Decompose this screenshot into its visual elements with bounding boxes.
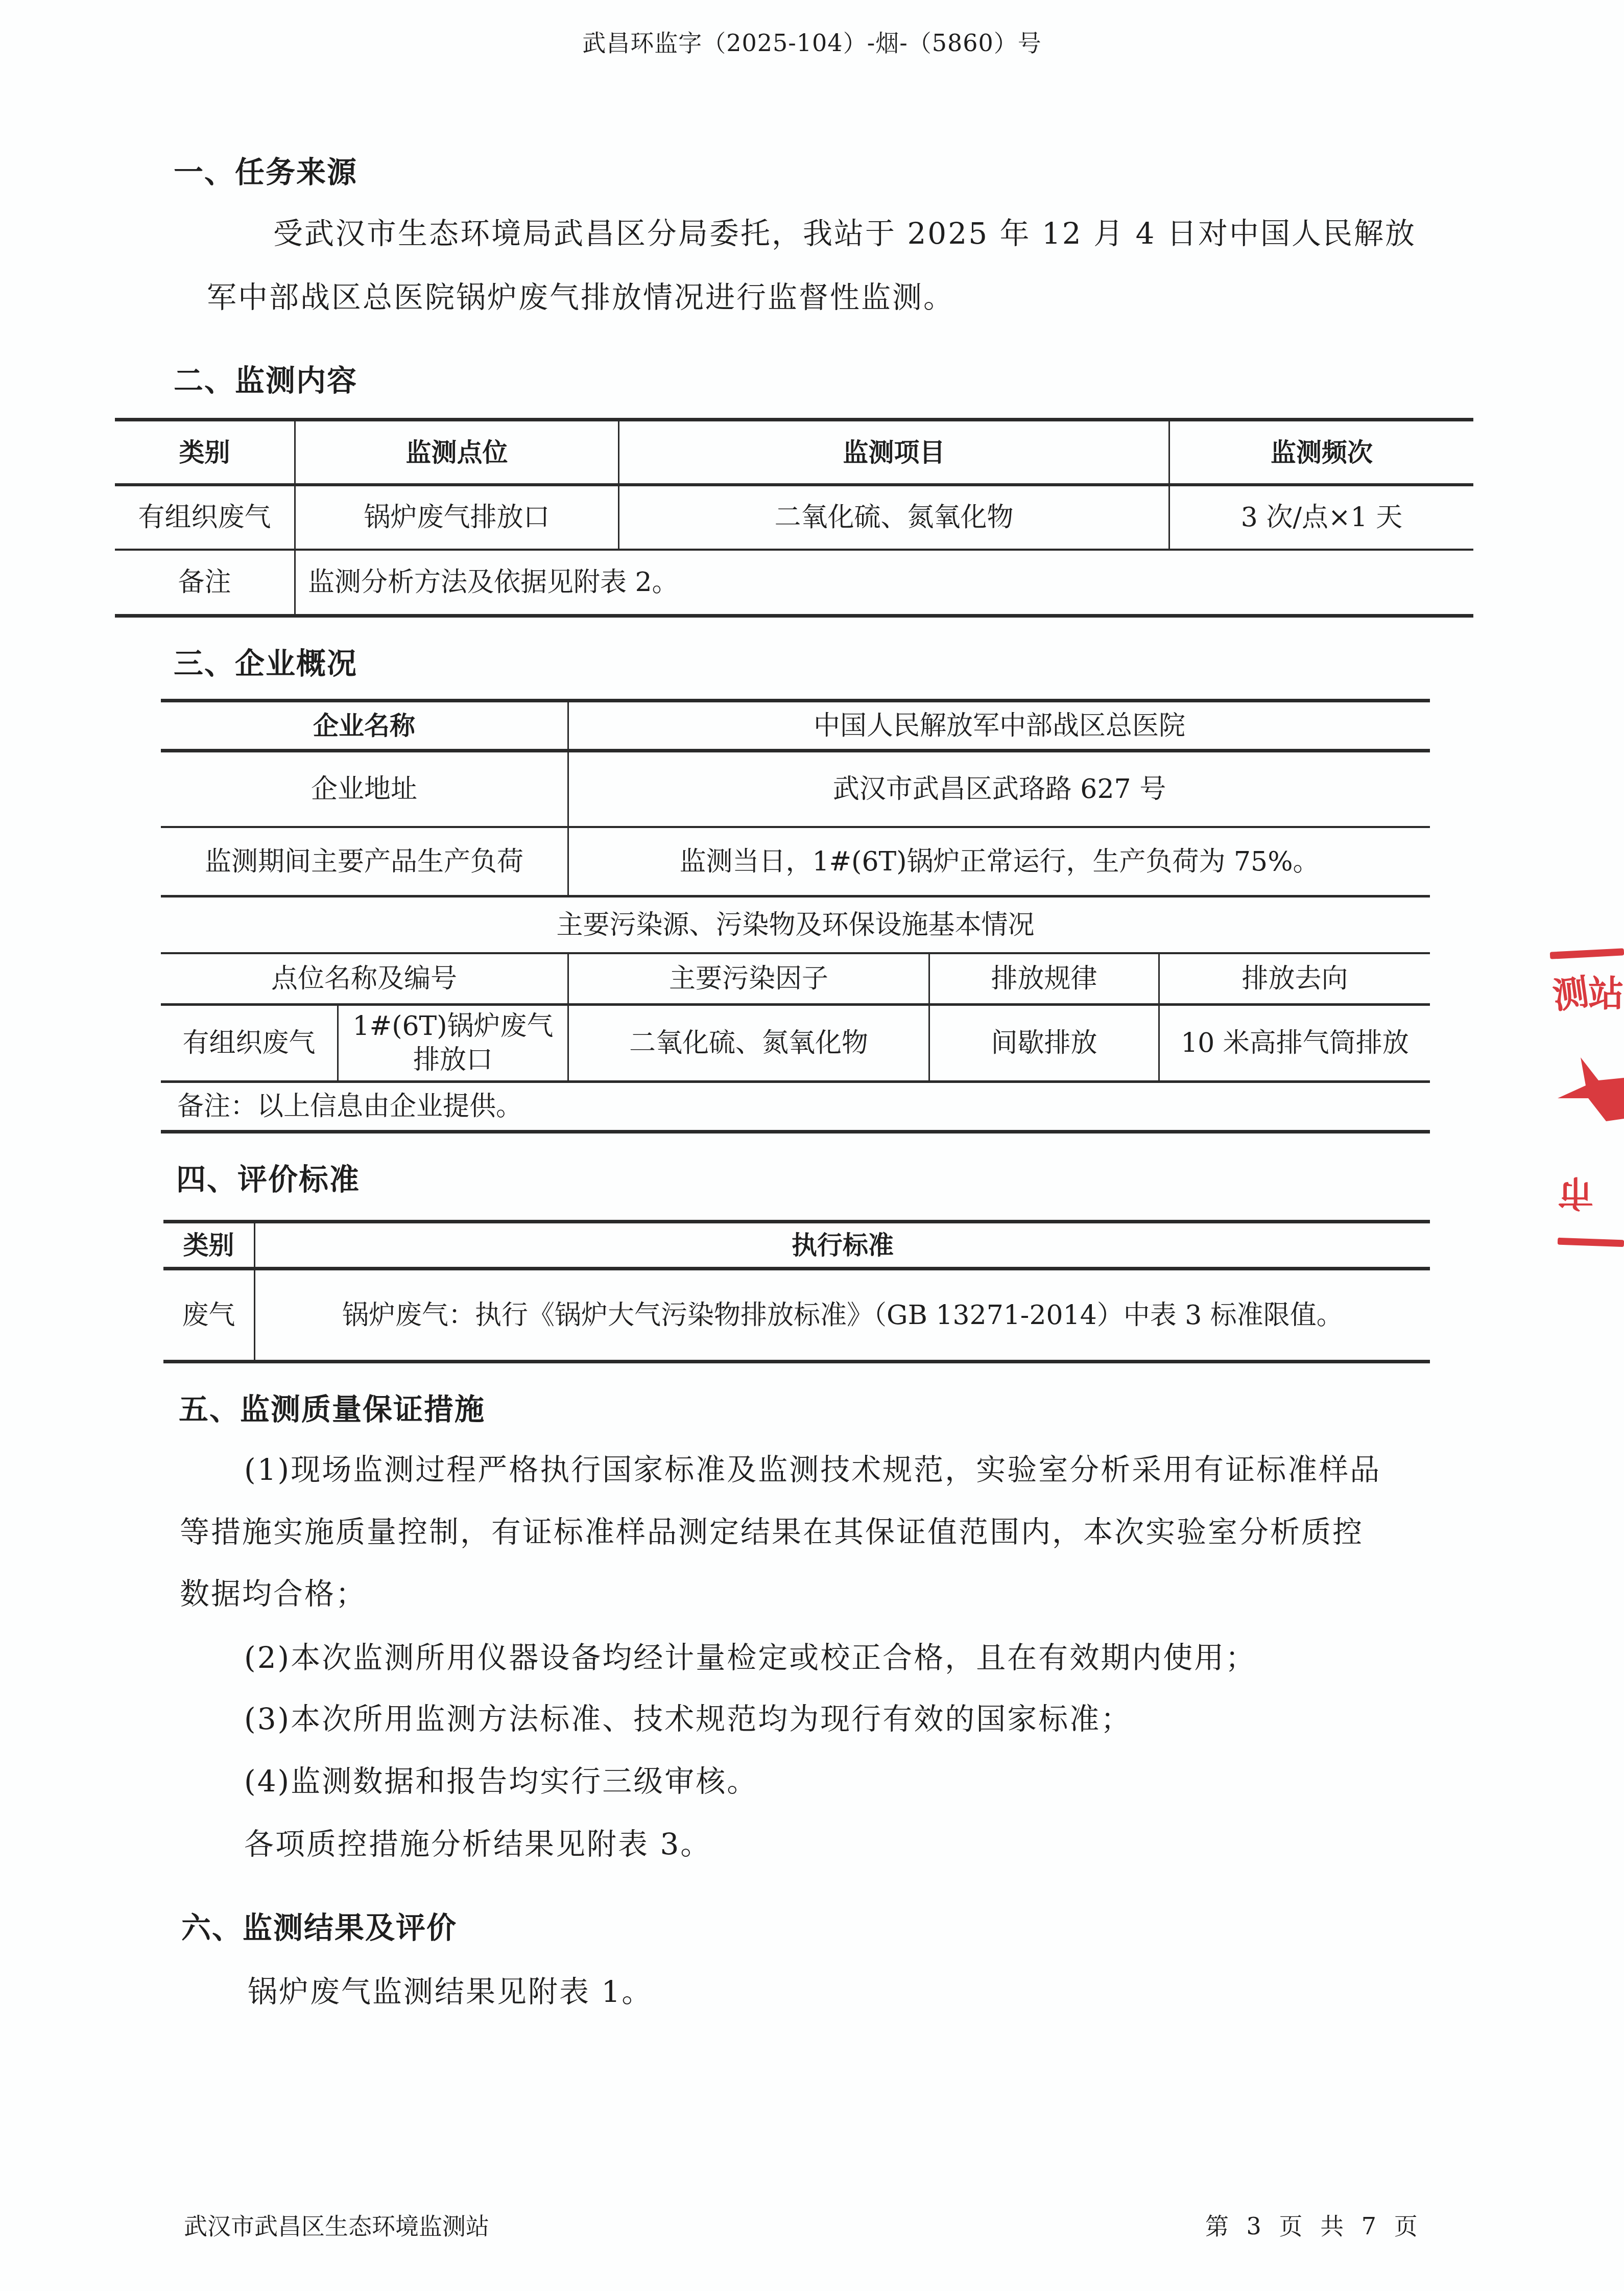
star-icon bbox=[1558, 1057, 1624, 1129]
qa-line-4: (2)本次监测所用仪器设备均经计量检定或校正合格，且在有效期内使用； bbox=[244, 1634, 1256, 1676]
official-seal: 测 站 市 bbox=[1547, 930, 1624, 1262]
seal-char-ce: 测 bbox=[1549, 963, 1591, 1020]
section-5-title: 五、监测质量保证措施 bbox=[179, 1385, 485, 1428]
sub-cell-point: 1#(6T)锅炉废气 排放口 bbox=[339, 1006, 567, 1080]
remark-text: 监测分析方法及依据见附表 2。 bbox=[296, 551, 1473, 614]
seal-char-shi: 市 bbox=[1558, 1170, 1593, 1221]
sub-cell-point-line-1: 1#(6T)锅炉废气 bbox=[353, 1009, 554, 1043]
header-monitoring-item: 监测项目 bbox=[619, 421, 1168, 483]
sub-header-factors: 主要污染因子 bbox=[569, 954, 928, 1003]
header-category: 类别 bbox=[115, 421, 294, 483]
cell-frequency: 3 次/点×1 天 bbox=[1170, 486, 1473, 549]
qa-line-5: (3)本次所用监测方法标准、技术规范均为现行有效的国家标准； bbox=[244, 1695, 1132, 1738]
address-label: 企业地址 bbox=[161, 752, 567, 826]
qa-line-6: (4)监测数据和报告均实行三级审核。 bbox=[244, 1757, 758, 1800]
std-header-standard: 执行标准 bbox=[255, 1223, 1430, 1267]
pollution-subtitle: 主要污染源、污染物及环保设施基本情况 bbox=[161, 897, 1430, 952]
company-name: 中国人民解放军中部战区总医院 bbox=[569, 702, 1430, 749]
production-load: 监测当日，1#(6T)锅炉正常运行，生产负荷为 75%。 bbox=[569, 828, 1430, 895]
std-cell-category: 废气 bbox=[163, 1270, 254, 1360]
cell-monitoring-item: 二氧化硫、氮氧化物 bbox=[619, 486, 1168, 549]
company-address: 武汉市武昌区武珞路 627 号 bbox=[569, 752, 1430, 826]
sub-cell-category: 有组织废气 bbox=[161, 1006, 337, 1080]
report-number: 武昌环监字（2025-104）-烟-（5860）号 bbox=[0, 25, 1624, 58]
section-1-title: 一、任务来源 bbox=[174, 148, 357, 191]
qa-line-7: 各项质控措施分析结果见附表 3。 bbox=[244, 1820, 711, 1863]
sub-header-destination: 排放去向 bbox=[1160, 954, 1430, 1003]
qa-line-3: 数据均合格； bbox=[180, 1570, 367, 1613]
section-2-title: 二、监测内容 bbox=[174, 357, 357, 399]
sub-cell-factors: 二氧化硫、氮氧化物 bbox=[569, 1006, 928, 1080]
sub-cell-pattern: 间歇排放 bbox=[930, 1006, 1158, 1080]
std-cell-standard: 锅炉废气：执行《锅炉大气污染物排放标准》（GB 13271-2014）中表 3 … bbox=[255, 1270, 1430, 1360]
remark-label: 备注 bbox=[115, 551, 294, 614]
header-frequency: 监测频次 bbox=[1170, 421, 1473, 483]
seal-border-top bbox=[1550, 948, 1624, 959]
cell-monitoring-point: 锅炉废气排放口 bbox=[296, 486, 618, 549]
production-load-label: 监测期间主要产品生产负荷 bbox=[161, 828, 567, 895]
footer-organization: 武汉市武昌区生态环境监测站 bbox=[184, 2208, 489, 2241]
section-1-line-2: 军中部战区总医院锅炉废气排放情况进行监督性监测。 bbox=[207, 273, 954, 316]
section-4-title: 四、评价标准 bbox=[176, 1155, 360, 1198]
section-1-line-1: 受武汉市生态环境局武昌区分局委托，我站于 2025 年 12 月 4 日对中国人… bbox=[273, 209, 1416, 252]
sub-header-pattern: 排放规律 bbox=[930, 954, 1158, 1003]
cell-category: 有组织废气 bbox=[115, 486, 294, 549]
header-monitoring-point: 监测点位 bbox=[296, 421, 618, 483]
company-name-label: 企业名称 bbox=[161, 702, 567, 749]
section-3-title: 三、企业概况 bbox=[174, 640, 357, 682]
qa-line-2: 等措施实施质量控制，有证标准样品测定结果在其保证值范围内，本次实验室分析质控 bbox=[180, 1508, 1364, 1551]
std-header-category: 类别 bbox=[163, 1223, 254, 1267]
seal-border-bottom bbox=[1558, 1238, 1624, 1247]
section-6-title: 六、监测结果及评价 bbox=[181, 1904, 457, 1947]
sub-header-point: 点位名称及编号 bbox=[161, 954, 567, 1003]
sub-cell-point-line-2: 排放口 bbox=[413, 1043, 493, 1077]
seal-char-zhan: 站 bbox=[1588, 965, 1624, 1017]
company-remark: 备注：以上信息由企业提供。 bbox=[161, 1083, 1430, 1130]
sub-cell-destination: 10 米高排气筒排放 bbox=[1160, 1006, 1430, 1080]
results-line-1: 锅炉废气监测结果见附表 1。 bbox=[248, 1968, 653, 2011]
qa-line-1: (1)现场监测过程严格执行国家标准及监测技术规范，实验室分析采用有证标准样品 bbox=[244, 1446, 1381, 1489]
footer-page-info: 第 3 页 共 7 页 bbox=[1205, 2208, 1423, 2241]
